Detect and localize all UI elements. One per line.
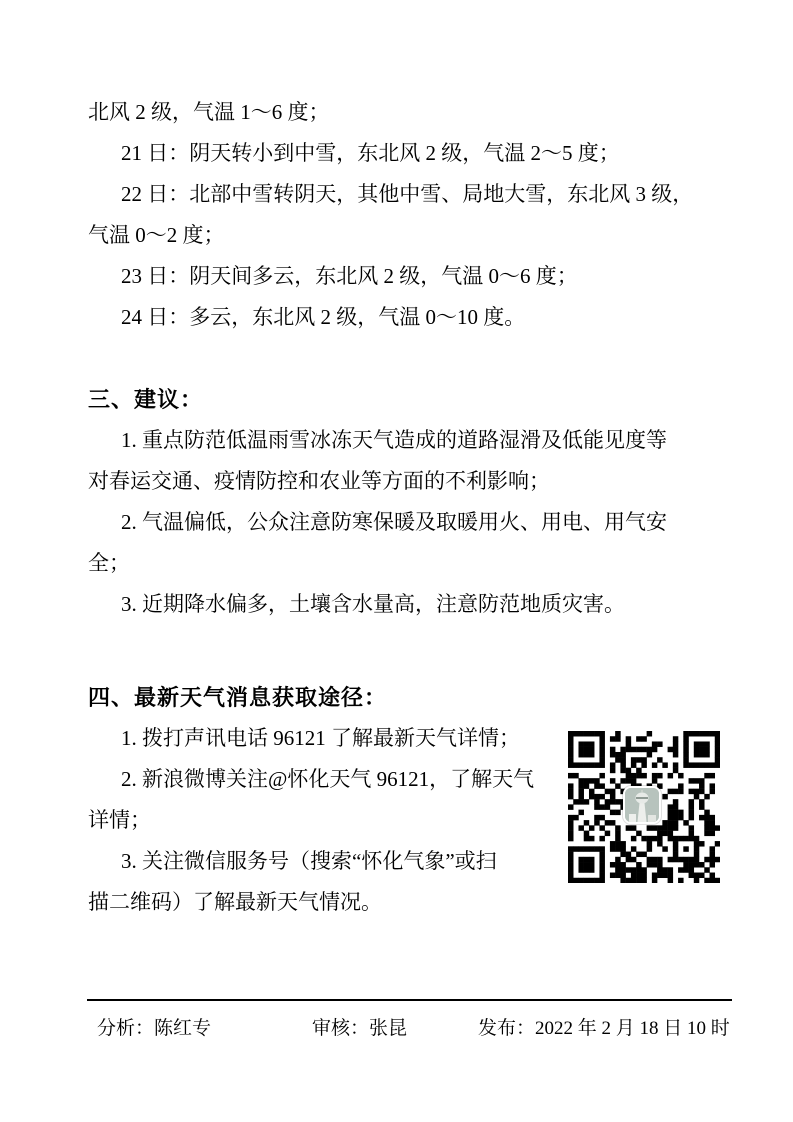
wechat-qr-code [568, 731, 720, 883]
document-page: 北风 2 级，气温 1～6 度； 21 日：阴天转小到中雪，东北风 2 级，气温… [0, 0, 793, 1122]
footer-published: 发布：2022 年 2 月 18 日 10 时 [478, 1013, 730, 1040]
footer-analyst: 分析：陈红专 [97, 1013, 211, 1040]
forecast-line: 24 日：多云，东北风 2 级，气温 0～10 度。 [88, 297, 732, 338]
suggestion-line: 3. 近期降水偏多，土壤含水量高，注意防范地质灾害。 [88, 584, 732, 625]
forecast-line: 北风 2 级，气温 1～6 度； [88, 92, 732, 133]
qr-logo [623, 786, 661, 824]
forecast-line: 21 日：阴天转小到中雪，东北风 2 级，气温 2～5 度； [88, 133, 732, 174]
forecast-line: 23 日：阴天间多云，东北风 2 级，气温 0～6 度； [88, 256, 732, 297]
footer-reviewer: 审核：张昆 [312, 1013, 407, 1040]
forecast-line: 气温 0～2 度； [88, 215, 732, 256]
suggestion-line: 全； [88, 543, 732, 584]
document-footer: 分析：陈红专 审核：张昆 发布：2022 年 2 月 18 日 10 时 [87, 999, 732, 1051]
suggestion-line: 2. 气温偏低，公众注意防寒保暖及取暖用火、用电、用气安 [88, 502, 732, 543]
section-heading-suggestions: 三、建议： [88, 379, 732, 420]
suggestion-line: 对春运交通、疫情防控和农业等方面的不利影响； [88, 461, 732, 502]
section-heading-channels: 四、最新天气消息获取途径： [88, 677, 732, 718]
channel-line: 描二维码）了解最新天气情况。 [88, 882, 732, 923]
forecast-line: 22 日：北部中雪转阴天，其他中雪、局地大雪，东北风 3 级， [88, 174, 732, 215]
suggestion-line: 1. 重点防范低温雨雪冰冻天气造成的道路湿滑及低能见度等 [88, 420, 732, 461]
weather-tower-icon [625, 788, 659, 822]
